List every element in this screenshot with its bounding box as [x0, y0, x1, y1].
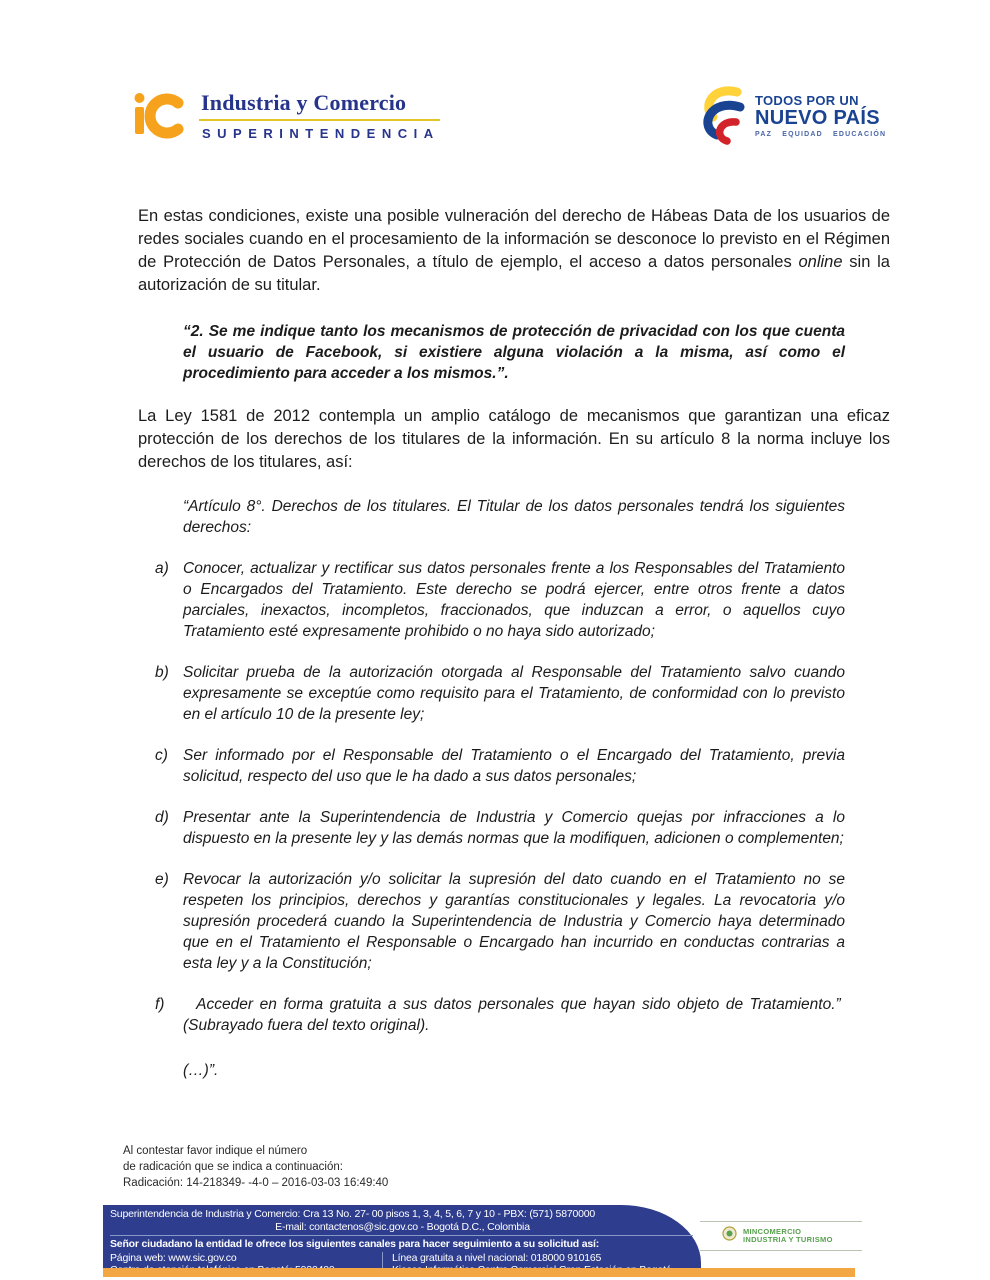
- radicacion-line1: Al contestar favor indique el número: [123, 1143, 388, 1159]
- list-item-e: e) Revocar la autorización y/o solicitar…: [155, 869, 890, 974]
- paragraph-text: En estas condiciones, existe una posible…: [138, 207, 890, 271]
- list-item-letter: a): [155, 558, 183, 642]
- list-item-d: d) Presentar ante la Superintendencia de…: [155, 807, 890, 849]
- footer-web: Página web: www.sic.gov.co: [110, 1252, 382, 1265]
- sic-monogram-icon: [133, 86, 189, 142]
- sic-logo-title: Industria y Comercio: [199, 90, 440, 121]
- footer-contact-band: Superintendencia de Industria y Comercio…: [103, 1205, 701, 1268]
- mincomercio-text: MINCOMERCIO INDUSTRIA Y TURISMO: [743, 1228, 833, 1245]
- sic-logo-subtitle: SUPERINTENDENCIA: [199, 121, 440, 141]
- list-item-f: f) Acceder en forma gratuita a sus datos…: [155, 994, 890, 1036]
- list-item-letter: d): [155, 807, 183, 849]
- nuevo-pais-line2: NUEVO PAÍS: [755, 108, 886, 128]
- nuevo-pais-swirl-icon: [697, 84, 749, 146]
- document-body: En estas condiciones, existe una posible…: [138, 205, 890, 1080]
- list-item-text: Solicitar prueba de la autorización otor…: [183, 662, 890, 725]
- petition-quote: “2. Se me indique tanto los mecanismos d…: [183, 321, 845, 384]
- list-item-text: Acceder en forma gratuita a sus datos pe…: [183, 994, 890, 1036]
- document-page: Industria y Comercio SUPERINTENDENCIA TO…: [0, 0, 990, 1280]
- sic-logo-text: Industria y Comercio SUPERINTENDENCIA: [199, 86, 440, 141]
- list-item-a: a) Conocer, actualizar y rectificar sus …: [155, 558, 890, 642]
- list-item-text: Conocer, actualizar y rectificar sus dat…: [183, 558, 890, 642]
- footer-divider: [110, 1235, 693, 1236]
- radicacion-line2: de radicación que se indica a continuaci…: [123, 1159, 388, 1175]
- list-item-text: Presentar ante la Superintendencia de In…: [183, 807, 890, 849]
- mincomercio-line2: INDUSTRIA Y TURISMO: [743, 1236, 833, 1245]
- footer-address: Superintendencia de Industria y Comercio…: [110, 1208, 695, 1221]
- radicacion-number: Radicación: 14-218349- -4-0 – 2016-03-03…: [123, 1175, 388, 1191]
- radicacion-note: Al contestar favor indique el número de …: [123, 1143, 388, 1191]
- nuevo-pais-tagline: PAZ EQUIDAD EDUCACIÓN: [755, 131, 886, 138]
- footer-orange-bar: [103, 1268, 855, 1277]
- list-item-b: b) Solicitar prueba de la autorización o…: [155, 662, 890, 725]
- footer-channels-title: Señor ciudadano la entidad le ofrece los…: [110, 1238, 695, 1251]
- paragraph-habeas-data: En estas condiciones, existe una posible…: [138, 205, 890, 297]
- mincomercio-logo: MINCOMERCIO INDUSTRIA Y TURISMO: [700, 1221, 862, 1251]
- nuevo-pais-line1: TODOS POR UN: [755, 93, 886, 108]
- paragraph-italic-word: online: [799, 253, 843, 271]
- list-item-letter: c): [155, 745, 183, 787]
- footer-free-line: Línea gratuita a nivel nacional: 018000 …: [392, 1252, 695, 1265]
- article-8-intro: “Artículo 8°. Derechos de los titulares.…: [183, 496, 845, 538]
- list-item-text: Revocar la autorización y/o solicitar la…: [183, 869, 890, 974]
- list-item-letter: e): [155, 869, 183, 974]
- nuevo-pais-text: TODOS POR UN NUEVO PAÍS PAZ EQUIDAD EDUC…: [755, 93, 886, 138]
- list-item-letter: f): [155, 994, 183, 1036]
- sic-logo: Industria y Comercio SUPERINTENDENCIA: [133, 86, 440, 142]
- paragraph-ley-1581: La Ley 1581 de 2012 contempla un amplio …: [138, 405, 890, 474]
- list-item-text: Ser informado por el Responsable del Tra…: [183, 745, 890, 787]
- list-item-letter: b): [155, 662, 183, 725]
- footer-email: E-mail: contactenos@sic.gov.co - Bogotá …: [110, 1221, 695, 1234]
- mincomercio-seal-icon: [722, 1226, 737, 1246]
- nuevo-pais-logo: TODOS POR UN NUEVO PAÍS PAZ EQUIDAD EDUC…: [697, 84, 886, 146]
- list-item-c: c) Ser informado por el Responsable del …: [155, 745, 890, 787]
- closing-ellipsis: (…)”.: [183, 1062, 890, 1080]
